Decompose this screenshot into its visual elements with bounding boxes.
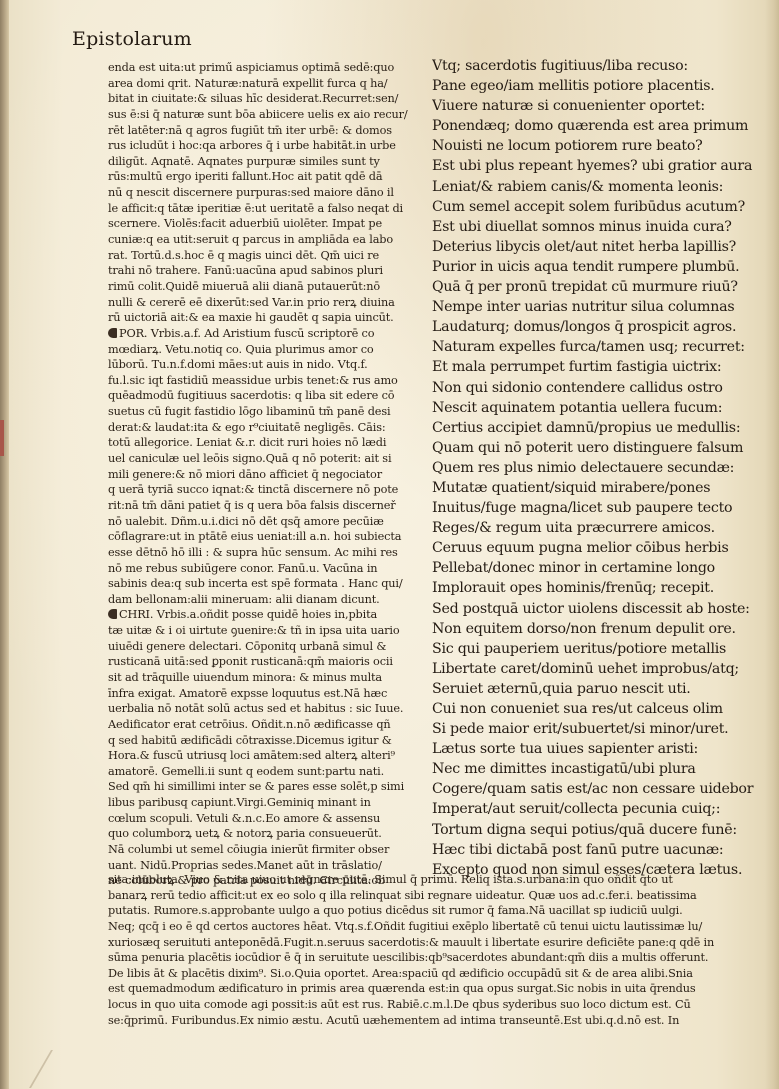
text-line: amatorē. Gemelli.ii sunt q eodem sunt:pa…: [108, 764, 426, 780]
text-line: uiuēdi genere delectari. Cōponitq urbanā…: [108, 639, 426, 655]
text-line: Imperat/aut seruit/collecta pecunia cuiq…: [432, 799, 772, 819]
text-line: Inuitus/fuge magna/licet sub paupere tec…: [432, 498, 772, 518]
text-line: cœlum scopuli. Vetuli &.n.c.Eo amore & a…: [108, 811, 426, 827]
text-line: Cui non conueniet sua res/ut calceus oli…: [432, 699, 772, 719]
text-line: Nouisti ne locum potiorem rure beato?: [432, 136, 772, 156]
text-line: rū uictoriā ait:& ea maxie hi gaudēt q s…: [108, 310, 426, 326]
red-edge-mark: [0, 420, 4, 456]
text-line: Viuere naturæ si conuenienter oportet:: [432, 96, 772, 116]
text-line: bitat in ciuitate:& siluas hīc desiderat…: [108, 91, 426, 107]
text-line: mœdiarꝝ. Vetu.notiq co. Quia plurimus am…: [108, 342, 426, 358]
text-line: totū allegorice. Leniat &.r. dicit ruri …: [108, 435, 426, 451]
text-line: Tortum digna sequi potius/quā ducere fun…: [432, 820, 772, 840]
text-line: Cum semel accepit solem furibūdus acutum…: [432, 197, 772, 217]
text-line: nulli & cererē eē dixerūt:sed Var.in pri…: [108, 295, 426, 311]
text-line: Lætus sorte tua uiues sapienter aristi:: [432, 739, 772, 759]
text-line: rit:nā tm̄ dāni patiet q̄ is q uera bōa …: [108, 498, 426, 514]
text-line: Ponendæq; domo quærenda est area primum: [432, 116, 772, 136]
text-line: fu.l.sic iqt fastidiū meassidue urbis te…: [108, 373, 426, 389]
text-line: uant. Nidū.Proprias sedes.Manet aūt in t…: [108, 858, 426, 874]
text-line: se:q̄primū. Furibundus.Ex nimio æstu. Ac…: [108, 1013, 768, 1029]
text-line: le afficit:q tātæ iperitiæ ē:ut ueritatē…: [108, 201, 426, 217]
text-line: rimū colit.Quidē miueruā alii dianā puta…: [108, 279, 426, 295]
text-line: q uerā tyriā succo iqnat:& tinctā discer…: [108, 482, 426, 498]
text-line: tæ uitæ & i oi uirtute ꝯuenire:& tñ in i…: [108, 623, 426, 639]
text-line: Sic qui pauperiem ueritus/potiore metall…: [432, 639, 772, 659]
text-line: Est ubi plus repeant hyemes? ubi gratior…: [432, 156, 772, 176]
text-line: sita:inuoluta. Viuo &.r.ita uiuo ut regn…: [108, 872, 768, 888]
text-line: POR. Vrbis.a.f. Ad Aristium fuscū script…: [108, 326, 426, 342]
text-line: Mutatæ quatient/siquid mirabere/pones: [432, 478, 772, 498]
text-line: rēt latēter:nā q agros fugiūt tm̄ iter u…: [108, 123, 426, 139]
text-line: suetus cū fugit fastidio lōgo libaminū t…: [108, 404, 426, 420]
text-line: dam bellonam:alii mineruam: alii dianam …: [108, 592, 426, 608]
text-line: Vtq; sacerdotis fugitiuus/liba recuso:: [432, 56, 772, 76]
text-line: nū q nescit discernere purpuras:sed maio…: [108, 185, 426, 201]
commentary-column: enda est uita:ut primű aspiciamus optimā…: [108, 60, 426, 889]
bottom-commentary-paragraph: sita:inuoluta. Viuo &.r.ita uiuo ut regn…: [108, 872, 768, 1028]
page-crease-mark: [29, 1050, 83, 1088]
text-line: Non qui sidonio contendere callidus ostr…: [432, 378, 772, 398]
text-line: Sed qm̄ hi simillimi inter se & pares es…: [108, 779, 426, 795]
text-line: rat. Tortū.d.s.hoc ē q magis uinci dēt. …: [108, 248, 426, 264]
text-line: quo columborꝝ uetꝝ & notorꝝ paria consue…: [108, 826, 426, 842]
text-line: Et mala perrumpet furtim fastigia uictri…: [432, 357, 772, 377]
text-line: diligūt. Aqnatē. Aqnates purpuræ similes…: [108, 154, 426, 170]
text-line: nō ualebit. Dñm.u.i.dici nō dēt qsq̄ amo…: [108, 514, 426, 530]
text-line: nō me rebus subiūgere conor. Fanū.u. Vac…: [108, 561, 426, 577]
text-line: trahi nō trahere. Fanū:uacūna apud sabin…: [108, 263, 426, 279]
text-line: Purior in uicis aqua tendit rumpere plum…: [432, 257, 772, 277]
text-line: Quā q̄ per pronū trepidat cū murmure riu…: [432, 277, 772, 297]
text-line: Si pede maior erit/subuertet/si minor/ur…: [432, 719, 772, 739]
text-line: Cogere/quam satis est/ac non cessare uid…: [432, 779, 772, 799]
text-line: uerbalia nō notāt solū actus sed et habi…: [108, 701, 426, 717]
text-line: īnfra exigat. Amatorē expsse loquutus es…: [108, 686, 426, 702]
text-line: Deterius libycis olet/aut nitet herba la…: [432, 237, 772, 257]
text-line: Nec me dimittes incastigatū/ubi plura: [432, 759, 772, 779]
text-line: sit ad trāquille uiuendum minora: & minu…: [108, 670, 426, 686]
text-line: Seruiet æternū,quia paruo nescit uti.: [432, 679, 772, 699]
text-line: quēadmodū fugitiuus sacerdotis: q liba s…: [108, 388, 426, 404]
text-line: Pane egeo/iam mellitis potiore placentis…: [432, 76, 772, 96]
text-line: Laudaturq; domus/longos q̄ prospicit agr…: [432, 317, 772, 337]
text-line: Leniat/& rabiem canis/& momenta leonis:: [432, 177, 772, 197]
text-line: rusticanā uitā:sed ꝑponit rusticanā:qm̄ …: [108, 654, 426, 670]
text-line: cuniæ:q ea utit:seruit q parcus in ampli…: [108, 232, 426, 248]
text-line: rus icludūt i hoc:qa arbores q̄ i urbe h…: [108, 138, 426, 154]
text-line: Certius accipiet damnū/propius ue medull…: [432, 418, 772, 438]
text-line: banarꝝ rerū tedio afficit:ut ex eo solo …: [108, 888, 768, 904]
text-line: xuriosæq seruituti anteponēdā.Fugit.n.se…: [108, 935, 768, 951]
text-line: Hæc tibi dictabā post fanū putre uacunæ:: [432, 840, 772, 860]
text-line: rūs:multū ergo iperiti fallunt.Hoc ait p…: [108, 169, 426, 185]
text-line: Hora.& fuscū utriusq loci amātem:sed alt…: [108, 748, 426, 764]
text-line: scernere. Violēs:facit aduerbiū uiolēter…: [108, 216, 426, 232]
running-head: Epistolarum: [72, 28, 192, 50]
text-line: locus in quo uita comode agi possit:is a…: [108, 997, 768, 1013]
text-line: uel caniculæ uel leōis signo.Quā q nō po…: [108, 451, 426, 467]
text-line: sabinis dea:q sub incerta est spē format…: [108, 576, 426, 592]
text-line: est quemadmodum ædificaturo in primis ar…: [108, 981, 768, 997]
text-line: Implorauit opes hominis/frenūq; recepit.: [432, 578, 772, 598]
text-line: libus paribusq capiunt.Virgi.Geminiq min…: [108, 795, 426, 811]
verse-column: Vtq; sacerdotis fugitiuus/liba recuso:Pa…: [432, 56, 772, 880]
manuscript-page: Epistolarum enda est uita:ut primű aspic…: [0, 0, 779, 1089]
text-line: Non equitem dorso/non frenum depulit ore…: [432, 619, 772, 639]
text-line: esse dētnō hō illi : & supra hūc sensum.…: [108, 545, 426, 561]
text-line: putatis. Rumore.s.approbante uulgo a quo…: [108, 903, 768, 919]
text-line: Quem res plus nimio delectauere secundæ:: [432, 458, 772, 478]
text-line: Quam qui nō poterit uero distinguere fal…: [432, 438, 772, 458]
text-line: q sed habitū ædificādi cōtraxisse.Dicemu…: [108, 733, 426, 749]
text-line: CHRI. Vrbis.a.oñdit posse quidē hoies in…: [108, 607, 426, 623]
text-line: Pellebat/donec minor in certamine longo: [432, 558, 772, 578]
text-line: Est ubi diuellat somnos minus inuida cur…: [432, 217, 772, 237]
text-line: mili genere:& nō miori dāno afficiet q̄ …: [108, 467, 426, 483]
text-line: sūma penuria placētis iocūdior ē q̄ in s…: [108, 950, 768, 966]
text-line: Libertate caret/dominū uehet improbus/at…: [432, 659, 772, 679]
text-line: sus ē:si q̄ naturæ sunt bōa abiicere uel…: [108, 107, 426, 123]
text-line: lūborū. Tu.n.f.domi māes:ut auis in nido…: [108, 357, 426, 373]
text-line: Sed postquā uictor uiolens discessit ab …: [432, 599, 772, 619]
page-binding-edge: [0, 0, 9, 1089]
text-line: enda est uita:ut primű aspiciamus optimā…: [108, 60, 426, 76]
text-line: Nā columbi ut semel cōiugia inierūt firm…: [108, 842, 426, 858]
text-line: Aedificator erat cetrōius. Oñdit.n.nō æd…: [108, 717, 426, 733]
text-line: derat:& laudat:ita & ego r⁹ciuitatē negl…: [108, 420, 426, 436]
text-line: Ceruus equum pugna melior cōibus herbis: [432, 538, 772, 558]
text-line: cōflagrare:ut in ptātē eius ueniat:ill a…: [108, 529, 426, 545]
text-line: Neq; qcq̄ i eo ē qd certos auctores hēat…: [108, 919, 768, 935]
text-line: Naturam expelles furca/tamen usq; recurr…: [432, 337, 772, 357]
text-line: Reges/& regum uita præcurrere amicos.: [432, 518, 772, 538]
text-line: Nescit aquinatem potantia uellera fucum:: [432, 398, 772, 418]
text-line: De libis āt & placētis dixim⁹. Si.o.Quia…: [108, 966, 768, 982]
text-line: area domi qrit. Naturæ:naturā expellit f…: [108, 76, 426, 92]
text-line: Nempe inter uarias nutritur silua column…: [432, 297, 772, 317]
